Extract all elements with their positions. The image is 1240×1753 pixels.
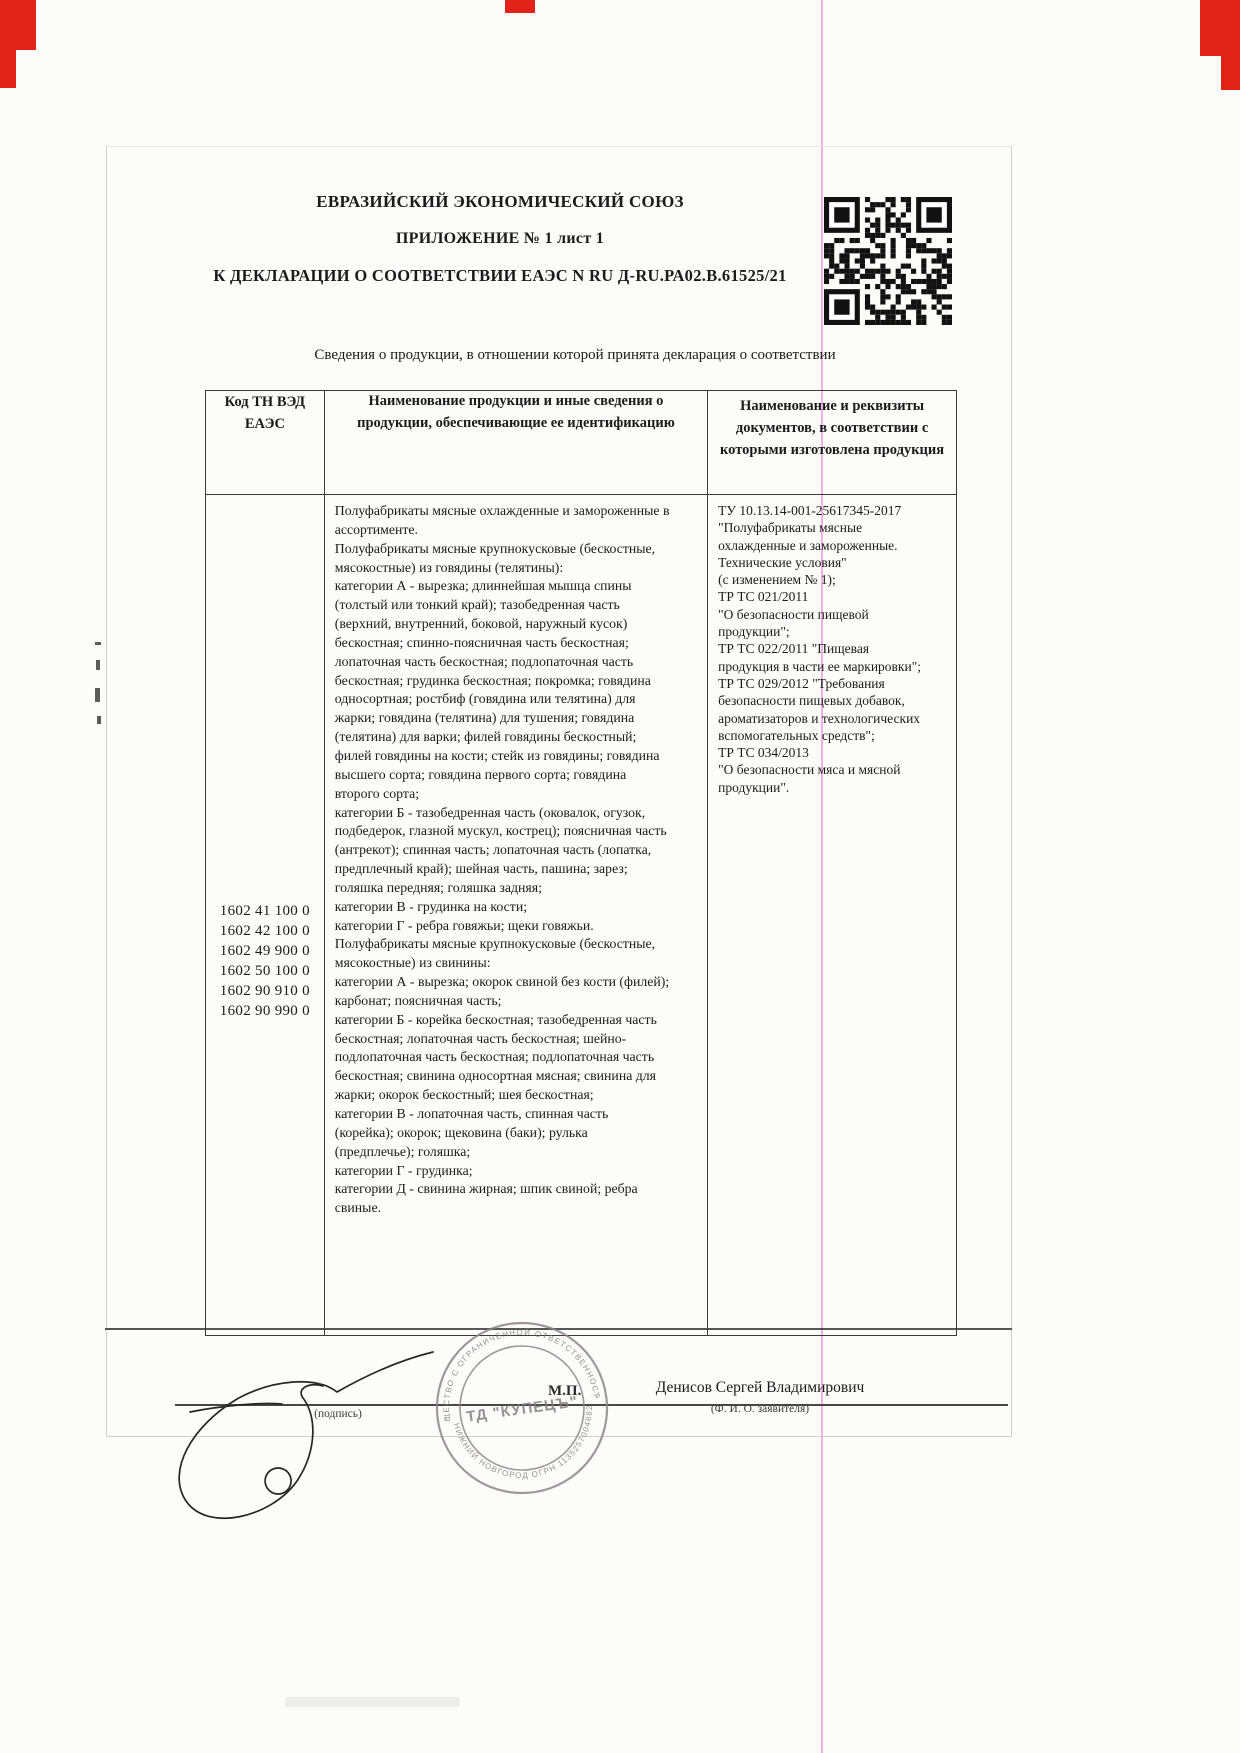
scan-tick <box>96 660 100 670</box>
cell-tnved-codes: 1602 41 100 0 1602 42 100 0 1602 49 900 … <box>206 495 325 1336</box>
title-annex: ПРИЛОЖЕНИЕ № 1 лист 1 <box>105 230 895 248</box>
product-description-text: Полуфабрикаты мясные охлажденные и замор… <box>326 496 706 1218</box>
mp-label: М.П. <box>548 1383 581 1400</box>
scan-red-mark-top-right <box>1200 0 1240 56</box>
faint-scan-smudge <box>285 1697 460 1707</box>
col-header-product-name: Наименование продукции и иные сведения о… <box>324 391 707 495</box>
signature-flick <box>190 1403 282 1412</box>
cell-documents: ТУ 10.13.14-001-25617345-2017 "Полуфабри… <box>708 495 957 1336</box>
scan-red-mark-top-left-lower <box>0 50 16 88</box>
page-edge-top <box>106 146 1012 147</box>
round-stamp: ОБЩЕСТВО С ОГРАНИЧЕННОЙ ОТВЕТСТВЕННОСТЬЮ… <box>420 1306 623 1509</box>
scan-red-mark-top-left <box>0 0 36 50</box>
signature-loop <box>265 1468 291 1494</box>
table-row: 1602 41 100 0 1602 42 100 0 1602 49 900 … <box>206 495 957 1336</box>
title-eaeu: ЕВРАЗИЙСКИЙ ЭКОНОМИЧЕСКИЙ СОЮЗ <box>105 192 895 212</box>
qr-code <box>824 197 952 325</box>
applicant-caption: (Ф. И. О. заявителя) <box>628 1403 892 1415</box>
scanned-declaration-page: ЕВРАЗИЙСКИЙ ЭКОНОМИЧЕСКИЙ СОЮЗ ПРИЛОЖЕНИ… <box>0 0 1240 1753</box>
scan-red-mark-top-right-lower <box>1221 56 1240 90</box>
handwritten-signature <box>130 1330 450 1540</box>
scan-tick <box>97 716 101 724</box>
col-header-documents: Наименование и реквизиты документов, в с… <box>708 391 957 495</box>
page-edge-right <box>1011 146 1012 1437</box>
table-header-row: Код ТН ВЭД ЕАЭС Наименование продукции и… <box>206 391 957 495</box>
scan-tick <box>95 688 100 702</box>
signature-stroke <box>179 1352 433 1518</box>
signature-caption: (подпись) <box>288 1408 388 1420</box>
products-table: Код ТН ВЭД ЕАЭС Наименование продукции и… <box>205 390 957 1336</box>
applicant-name: Денисов Сергей Владимирович <box>628 1379 892 1397</box>
scan-red-mark-top-center <box>505 0 535 13</box>
page-edge-left <box>106 146 107 1437</box>
tnved-codes-list: 1602 41 100 0 1602 42 100 0 1602 49 900 … <box>207 496 323 1021</box>
subtitle-products-info: Сведения о продукции, в отношении которо… <box>160 347 990 364</box>
title-declaration-number: К ДЕКЛАРАЦИИ О СООТВЕТСТВИИ ЕАЭС N RU Д-… <box>105 266 895 286</box>
cell-product-description: Полуфабрикаты мясные охлажденные и замор… <box>324 495 707 1336</box>
scan-tick <box>95 642 101 645</box>
documents-text: ТУ 10.13.14-001-25617345-2017 "Полуфабри… <box>709 496 955 796</box>
col-header-tnved-code: Код ТН ВЭД ЕАЭС <box>206 391 325 495</box>
